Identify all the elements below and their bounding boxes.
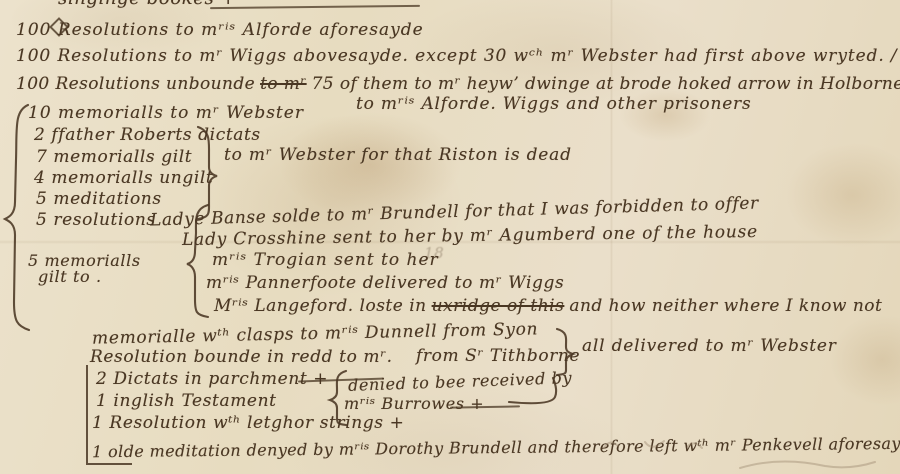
group-brace-gilt-to — [184, 203, 212, 319]
line-langeford: Mʳⁱˢ Langeford. loste inuxridge of thisa… — [214, 298, 882, 315]
show-through-mark: 18 — [424, 246, 444, 261]
list-item-meditations: 5 meditations — [36, 191, 162, 208]
list-item-parchment: 2 Dictats in parchment + — [96, 371, 328, 388]
note-denied-2: mʳⁱˢ Burrowes + — [344, 396, 484, 412]
list-item-gilt: 7 memorialls gilt — [36, 149, 192, 166]
line-resolutions-unbound: 100 Resolutions unboundeto mʳ75 of them … — [16, 76, 900, 93]
list-item-resolutions: 5 resolutions — [36, 212, 156, 229]
line-resolutions-unbound-part2: 75 of them to mʳ heyw’ dwinge at brode h… — [312, 74, 900, 94]
line-resolutions-unbound-part1: 100 Resolutions unbounde — [16, 74, 255, 94]
show-through-strokes — [590, 436, 890, 474]
list-item-strings: 1 Resolution wᵗʰ letghor strings + — [92, 415, 404, 432]
line-lady-crosshine: Lady Crosshine sent to her by mʳ Agumber… — [182, 224, 758, 249]
line-resolutions-unbound-cont: to mʳⁱˢ Alforde. Wiggs and other prisone… — [356, 96, 752, 113]
line-memorialle-clasps: memorialle wᵗʰ clasps to mʳⁱˢ Dunnell fr… — [92, 321, 539, 347]
ink-rule — [210, 5, 420, 9]
struck-text: uxridge of this — [432, 296, 565, 316]
line-resolution-redd: Resolution bounde in redd to mʳ. — [90, 349, 393, 366]
note-riston-dead: to mʳ Webster for that Riston is dead — [224, 147, 572, 164]
hook-flourish — [505, 376, 561, 410]
left-brace — [2, 102, 30, 332]
label-memorialls-gilt-to-2: gilt to . — [38, 269, 102, 285]
list-item-dictats: 2 ffather Roberts dictats — [34, 127, 261, 144]
manuscript-page: singinge bookes + 100 Resolutions to mʳⁱ… — [0, 0, 900, 474]
line-resolutions-wiggs: 100 Resolutions to mʳ Wiggs abovesayde. … — [16, 48, 898, 65]
line-resolutions-alforde: 100 Resolutions to mʳⁱˢ Alforde aforesay… — [16, 22, 424, 39]
line-langeford-part2: and how neither where I know not — [569, 296, 882, 316]
line-pannerfoote: mʳⁱˢ Pannerfoote delivered to mʳ Wiggs — [206, 275, 564, 292]
list-item-ungilt: 4 memorialls ungilt — [34, 170, 213, 187]
line-langeford-part1: Mʳⁱˢ Langeford. loste in — [214, 296, 427, 316]
struck-text: to mʳ — [260, 74, 307, 94]
list-item-testament: 1 inglish Testament — [96, 393, 277, 410]
line-memorialls-webster: 10 memorialls to mʳ Webster — [28, 105, 304, 122]
line-trogian: mʳⁱˢ Trogian sent to her — [212, 252, 439, 269]
note-all-delivered: all delivered to mʳ Webster — [582, 338, 837, 355]
